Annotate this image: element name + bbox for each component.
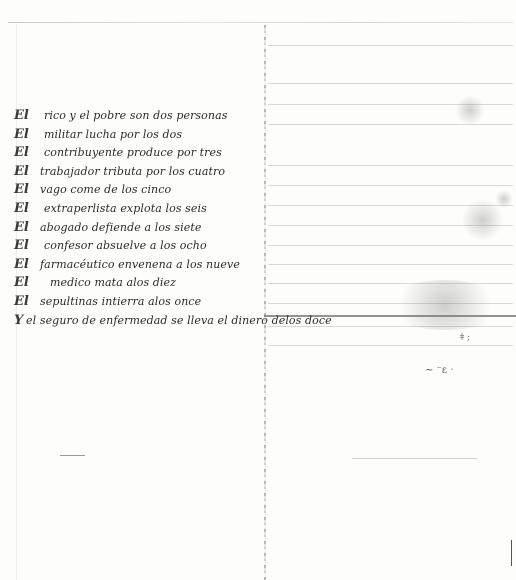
line-lead: El bbox=[14, 144, 40, 163]
line-lead: El bbox=[14, 181, 40, 200]
line-text: sepultinas intierra alos once bbox=[40, 293, 201, 312]
line-text: extraperlista explota los seis bbox=[44, 200, 207, 219]
poem-line: Elcontribuyente produce por tres bbox=[14, 144, 334, 163]
poem-line: Elrico y el pobre son dos personas bbox=[14, 107, 334, 126]
poem-line: Elmedico mata alos diez bbox=[14, 274, 334, 293]
stain bbox=[495, 190, 513, 208]
line-text: abogado defiende a los siete bbox=[40, 219, 202, 238]
scanned-page: Elrico y el pobre son dos personas Elmil… bbox=[0, 0, 516, 580]
line-lead: El bbox=[14, 107, 40, 126]
line-text: contribuyente produce por tres bbox=[44, 144, 222, 163]
line-lead: El bbox=[14, 200, 40, 219]
poem-line: Elfarmacéutico envenena a los nueve bbox=[14, 256, 334, 275]
line-lead: El bbox=[14, 219, 40, 238]
line-text: farmacéutico envenena a los nueve bbox=[40, 256, 240, 275]
line-lead: El bbox=[14, 293, 40, 312]
stain bbox=[385, 280, 505, 330]
line-text: confesor absuelve a los ocho bbox=[44, 237, 207, 256]
line-text: el seguro de enfermedad se lleva el dine… bbox=[26, 312, 332, 331]
ruled-line bbox=[268, 83, 513, 84]
line-text: medico mata alos diez bbox=[50, 274, 176, 293]
line-text: vago come de los cinco bbox=[40, 181, 171, 200]
line-lead: El bbox=[14, 256, 40, 275]
margin-mark: ǂ ; bbox=[460, 333, 470, 343]
ruled-line bbox=[268, 345, 513, 346]
line-text: militar lucha por los dos bbox=[44, 126, 182, 145]
poem-line: Eltrabajador tributa por los cuatro bbox=[14, 163, 334, 182]
poem-line: Elconfesor absuelve a los ocho bbox=[14, 237, 334, 256]
poem-line: Elextraperlista explota los seis bbox=[14, 200, 334, 219]
poem-line: Elvago come de los cinco bbox=[14, 181, 334, 200]
poem-line: Elmilitar lucha por los dos bbox=[14, 126, 334, 145]
ruled-line bbox=[268, 45, 513, 46]
line-lead: El bbox=[14, 163, 40, 182]
ink-specks: ~ ⁻ɛ ˑ bbox=[425, 365, 454, 376]
line-lead: El bbox=[14, 274, 40, 293]
stray-pen-mark bbox=[60, 455, 85, 456]
stain bbox=[455, 95, 485, 125]
faint-line bbox=[352, 458, 477, 459]
edge-mark bbox=[511, 540, 512, 566]
handwritten-poem: Elrico y el pobre son dos personas Elmil… bbox=[14, 107, 334, 330]
poem-line: Elsepultinas intierra alos once bbox=[14, 293, 334, 312]
line-text: trabajador tributa por los cuatro bbox=[40, 163, 225, 182]
line-lead: El bbox=[14, 126, 40, 145]
paper-top-edge bbox=[8, 22, 513, 23]
line-lead: El bbox=[14, 237, 40, 256]
line-lead: Y bbox=[14, 312, 26, 331]
line-text: rico y el pobre son dos personas bbox=[44, 107, 227, 126]
poem-line: Yel seguro de enfermedad se lleva el din… bbox=[14, 312, 334, 331]
poem-line: Elabogado defiende a los siete bbox=[14, 219, 334, 238]
